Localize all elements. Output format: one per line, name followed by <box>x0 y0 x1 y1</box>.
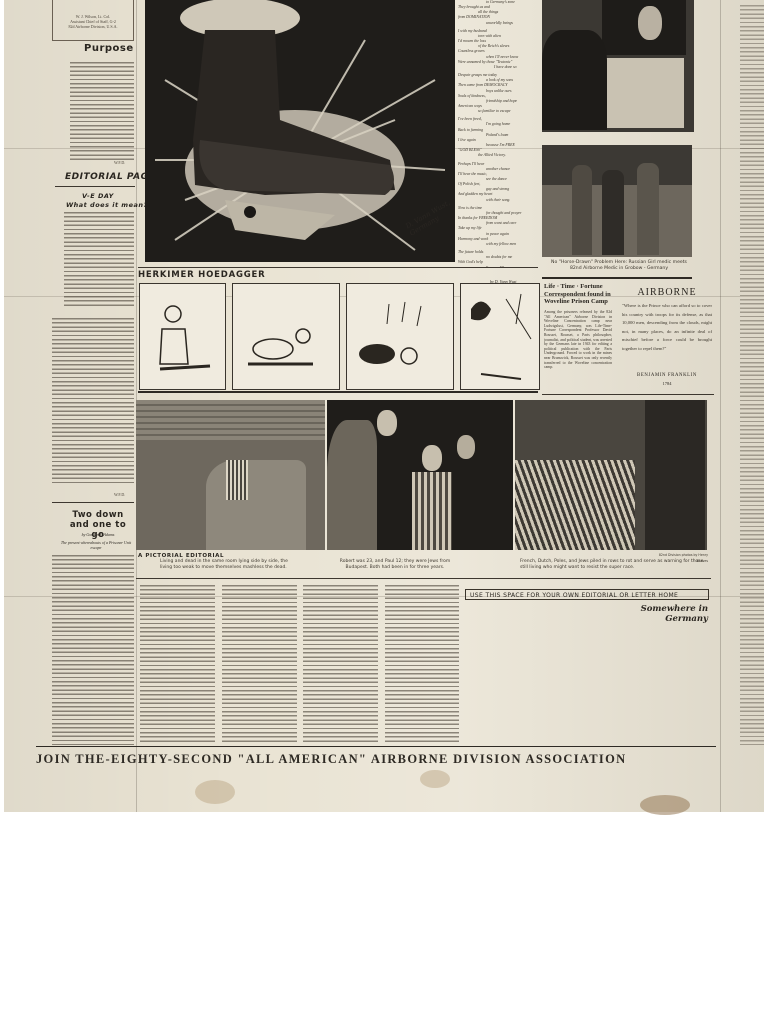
adjacent-page-text <box>740 5 764 745</box>
life-article-title: Life · Time · Fortune Correspondent foun… <box>544 283 614 306</box>
letter-space-label: USE THIS SPACE FOR YOUR OWN EDITORIAL OR… <box>465 589 709 600</box>
story-text <box>52 555 134 745</box>
pictorial-caption-3: French, Dutch, Poles, and Jews piled in … <box>520 559 706 571</box>
photo-figure <box>327 420 377 550</box>
stain <box>195 780 235 804</box>
stain <box>420 770 450 788</box>
striped-bodies <box>515 460 635 550</box>
brick-wall <box>136 400 325 440</box>
ve-day-signoff: W.F.D. <box>114 492 125 497</box>
photo-face <box>422 445 442 471</box>
story-title-line: Two down <box>68 510 128 520</box>
purpose-heading: Purpose <box>84 43 134 54</box>
photo-figure <box>206 460 306 550</box>
airborne-quote: "Where is the Prince who can afford so t… <box>622 302 712 353</box>
life-article-body: Among the prisoners released by the 82d … <box>544 310 612 390</box>
divider <box>55 186 135 187</box>
photo-figure-silhouette <box>542 30 607 130</box>
masthead-line: 82d Airborne Division, U.S.A. <box>53 24 133 29</box>
divider <box>138 267 538 268</box>
ve-day-text <box>64 212 134 308</box>
photo-face <box>377 410 397 436</box>
editorial-page-label: EDITORIAL PAGE <box>65 172 155 182</box>
divider <box>138 391 538 393</box>
photo-person <box>572 165 592 255</box>
fold-line <box>720 0 721 812</box>
photo-portrait-frame <box>602 0 686 55</box>
pictorial-photo-2 <box>327 400 513 550</box>
poem: to Germany's zone They brought us and al… <box>458 0 542 268</box>
ve-day-title: V-E DAY <box>82 192 114 200</box>
purpose-text <box>70 62 134 162</box>
divider <box>136 578 711 579</box>
medic-photo-caption: No "Horse-Drawn" Problem Here: Russian G… <box>546 260 692 272</box>
photo-medics <box>542 145 692 257</box>
divider <box>542 277 692 279</box>
story-title-line: and one to go <box>68 520 128 540</box>
divider <box>542 394 714 395</box>
photo-person <box>602 170 624 255</box>
stain <box>640 795 690 815</box>
comic-panel-3 <box>346 283 454 390</box>
divider <box>36 746 716 747</box>
comic-title: HERKIMER HOEDAGGER <box>138 270 265 280</box>
purpose-signoff: W.F.D. <box>114 160 125 165</box>
letter-writing-area[interactable] <box>465 618 709 743</box>
pictorial-caption-2: Robert was 23, and Paul 12; they were Je… <box>330 559 460 571</box>
airborne-author: BENJAMIN FRANKLIN <box>622 373 712 378</box>
ve-day-text-continued <box>52 318 134 486</box>
comic-panel-4 <box>460 283 540 390</box>
masthead-box: W. J. Wilson, Lt. Col. Assistant Chief o… <box>52 0 134 41</box>
story-byline: by Gordon F. Adams <box>68 532 128 537</box>
photo-face <box>457 435 475 459</box>
comic-figure-explosion-icon <box>347 284 453 389</box>
airborne-title: AIRBORNE <box>622 287 712 298</box>
photo-soldier <box>645 400 705 550</box>
pictorial-caption-1: Living and dead in the same room lying s… <box>160 559 300 571</box>
pictorial-photo-3 <box>515 400 707 550</box>
comic-panel-1 <box>139 283 226 390</box>
divider <box>52 502 134 503</box>
airborne-year: 1784 <box>622 381 712 386</box>
comic-figure-blasted-icon <box>461 284 539 389</box>
striped-uniform <box>412 472 452 550</box>
story-column-3 <box>222 585 297 743</box>
association-banner: JOIN THE-EIGHTY-SECOND "ALL AMERICAN" AI… <box>36 752 726 767</box>
comic-figure-sitting-icon <box>140 284 225 389</box>
comic-figure-crawling-icon <box>233 284 339 389</box>
ve-day-subtitle: What does it mean? <box>66 201 148 209</box>
photo-woman-portrait <box>542 0 694 132</box>
story-column-5 <box>385 585 459 743</box>
story-subtitle: The present whereabouts of a Prisoner Un… <box>58 540 134 550</box>
story-column-2 <box>140 585 215 743</box>
story-column-4 <box>303 585 378 743</box>
photo-person <box>637 163 659 255</box>
boot-cartoon: D. Vann Wust, Germany <box>145 0 455 262</box>
pictorial-photo-1 <box>136 400 325 550</box>
comic-panel-2 <box>232 283 340 390</box>
portrait-face <box>638 6 662 40</box>
photo-sketch <box>604 58 684 128</box>
striped-uniform <box>226 460 248 500</box>
